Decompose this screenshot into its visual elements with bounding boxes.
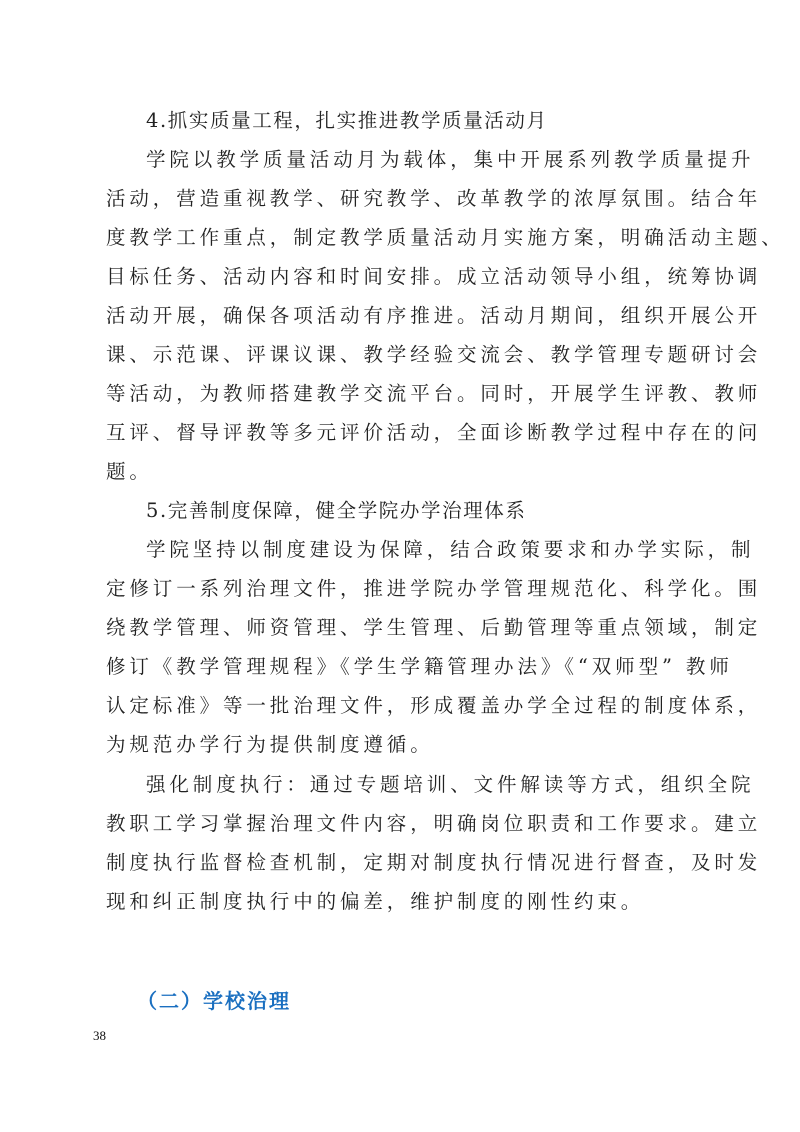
paragraph-line: 制度执行监督检查机制，定期对制度执行情况进行督查，及时发 [106,851,716,875]
section-heading: （二）学校治理 [137,985,291,1014]
paragraph-line: 活动，营造重视教学、研究教学、改革教学的浓厚氛围。结合年 [106,187,716,211]
paragraph-line: 学院坚持以制度建设为保障，结合政策要求和办学实际，制 [146,538,716,562]
paragraph-line: 互评、督导评教等多元评价活动，全面诊断教学过程中存在的问 [106,421,716,445]
page-number: 38 [93,1028,106,1044]
document-page: 4.抓实质量工程，扎实推进教学质量活动月 学院以教学质量活动月为载体，集中开展系… [0,0,800,1132]
paragraph-line: 认定标准》等一批治理文件，形成覆盖办学全过程的制度体系， [106,694,716,718]
paragraph-line: 活动开展，确保各项活动有序推进。活动月期间，组织开展公开 [106,304,716,328]
paragraph-line: 题。 [106,460,716,484]
subsection-heading-4: 4.抓实质量工程，扎实推进教学质量活动月 [146,109,756,133]
paragraph-line: 学院以教学质量活动月为载体，集中开展系列教学质量提升 [146,148,716,172]
paragraph-line: 度教学工作重点，制定教学质量活动月实施方案，明确活动主题、 [106,226,716,250]
paragraph-line: 绕教学管理、师资管理、学生管理、后勤管理等重点领域，制定 [106,616,716,640]
paragraph-line: 课、示范课、评课议课、教学经验交流会、教学管理专题研讨会 [106,343,716,367]
paragraph-line: 教职工学习掌握治理文件内容，明确岗位职责和工作要求。建立 [106,812,716,836]
paragraph-line: 现和纠正制度执行中的偏差，维护制度的刚性约束。 [106,890,716,914]
paragraph-line: 强化制度执行：通过专题培训、文件解读等方式，组织全院 [146,773,716,797]
paragraph-line: 目标任务、活动内容和时间安排。成立活动领导小组，统筹协调 [106,265,716,289]
subsection-heading-5: 5.完善制度保障，健全学院办学治理体系 [146,499,756,523]
paragraph-line: 修订《教学管理规程》《学生学籍管理办法》《“双师型” 教师 [106,655,716,679]
paragraph-line: 为规范办学行为提供制度遵循。 [106,733,716,757]
paragraph-line: 等活动，为教师搭建教学交流平台。同时，开展学生评教、教师 [106,382,716,406]
paragraph-line: 定修订一系列治理文件，推进学院办学管理规范化、科学化。围 [106,577,716,601]
